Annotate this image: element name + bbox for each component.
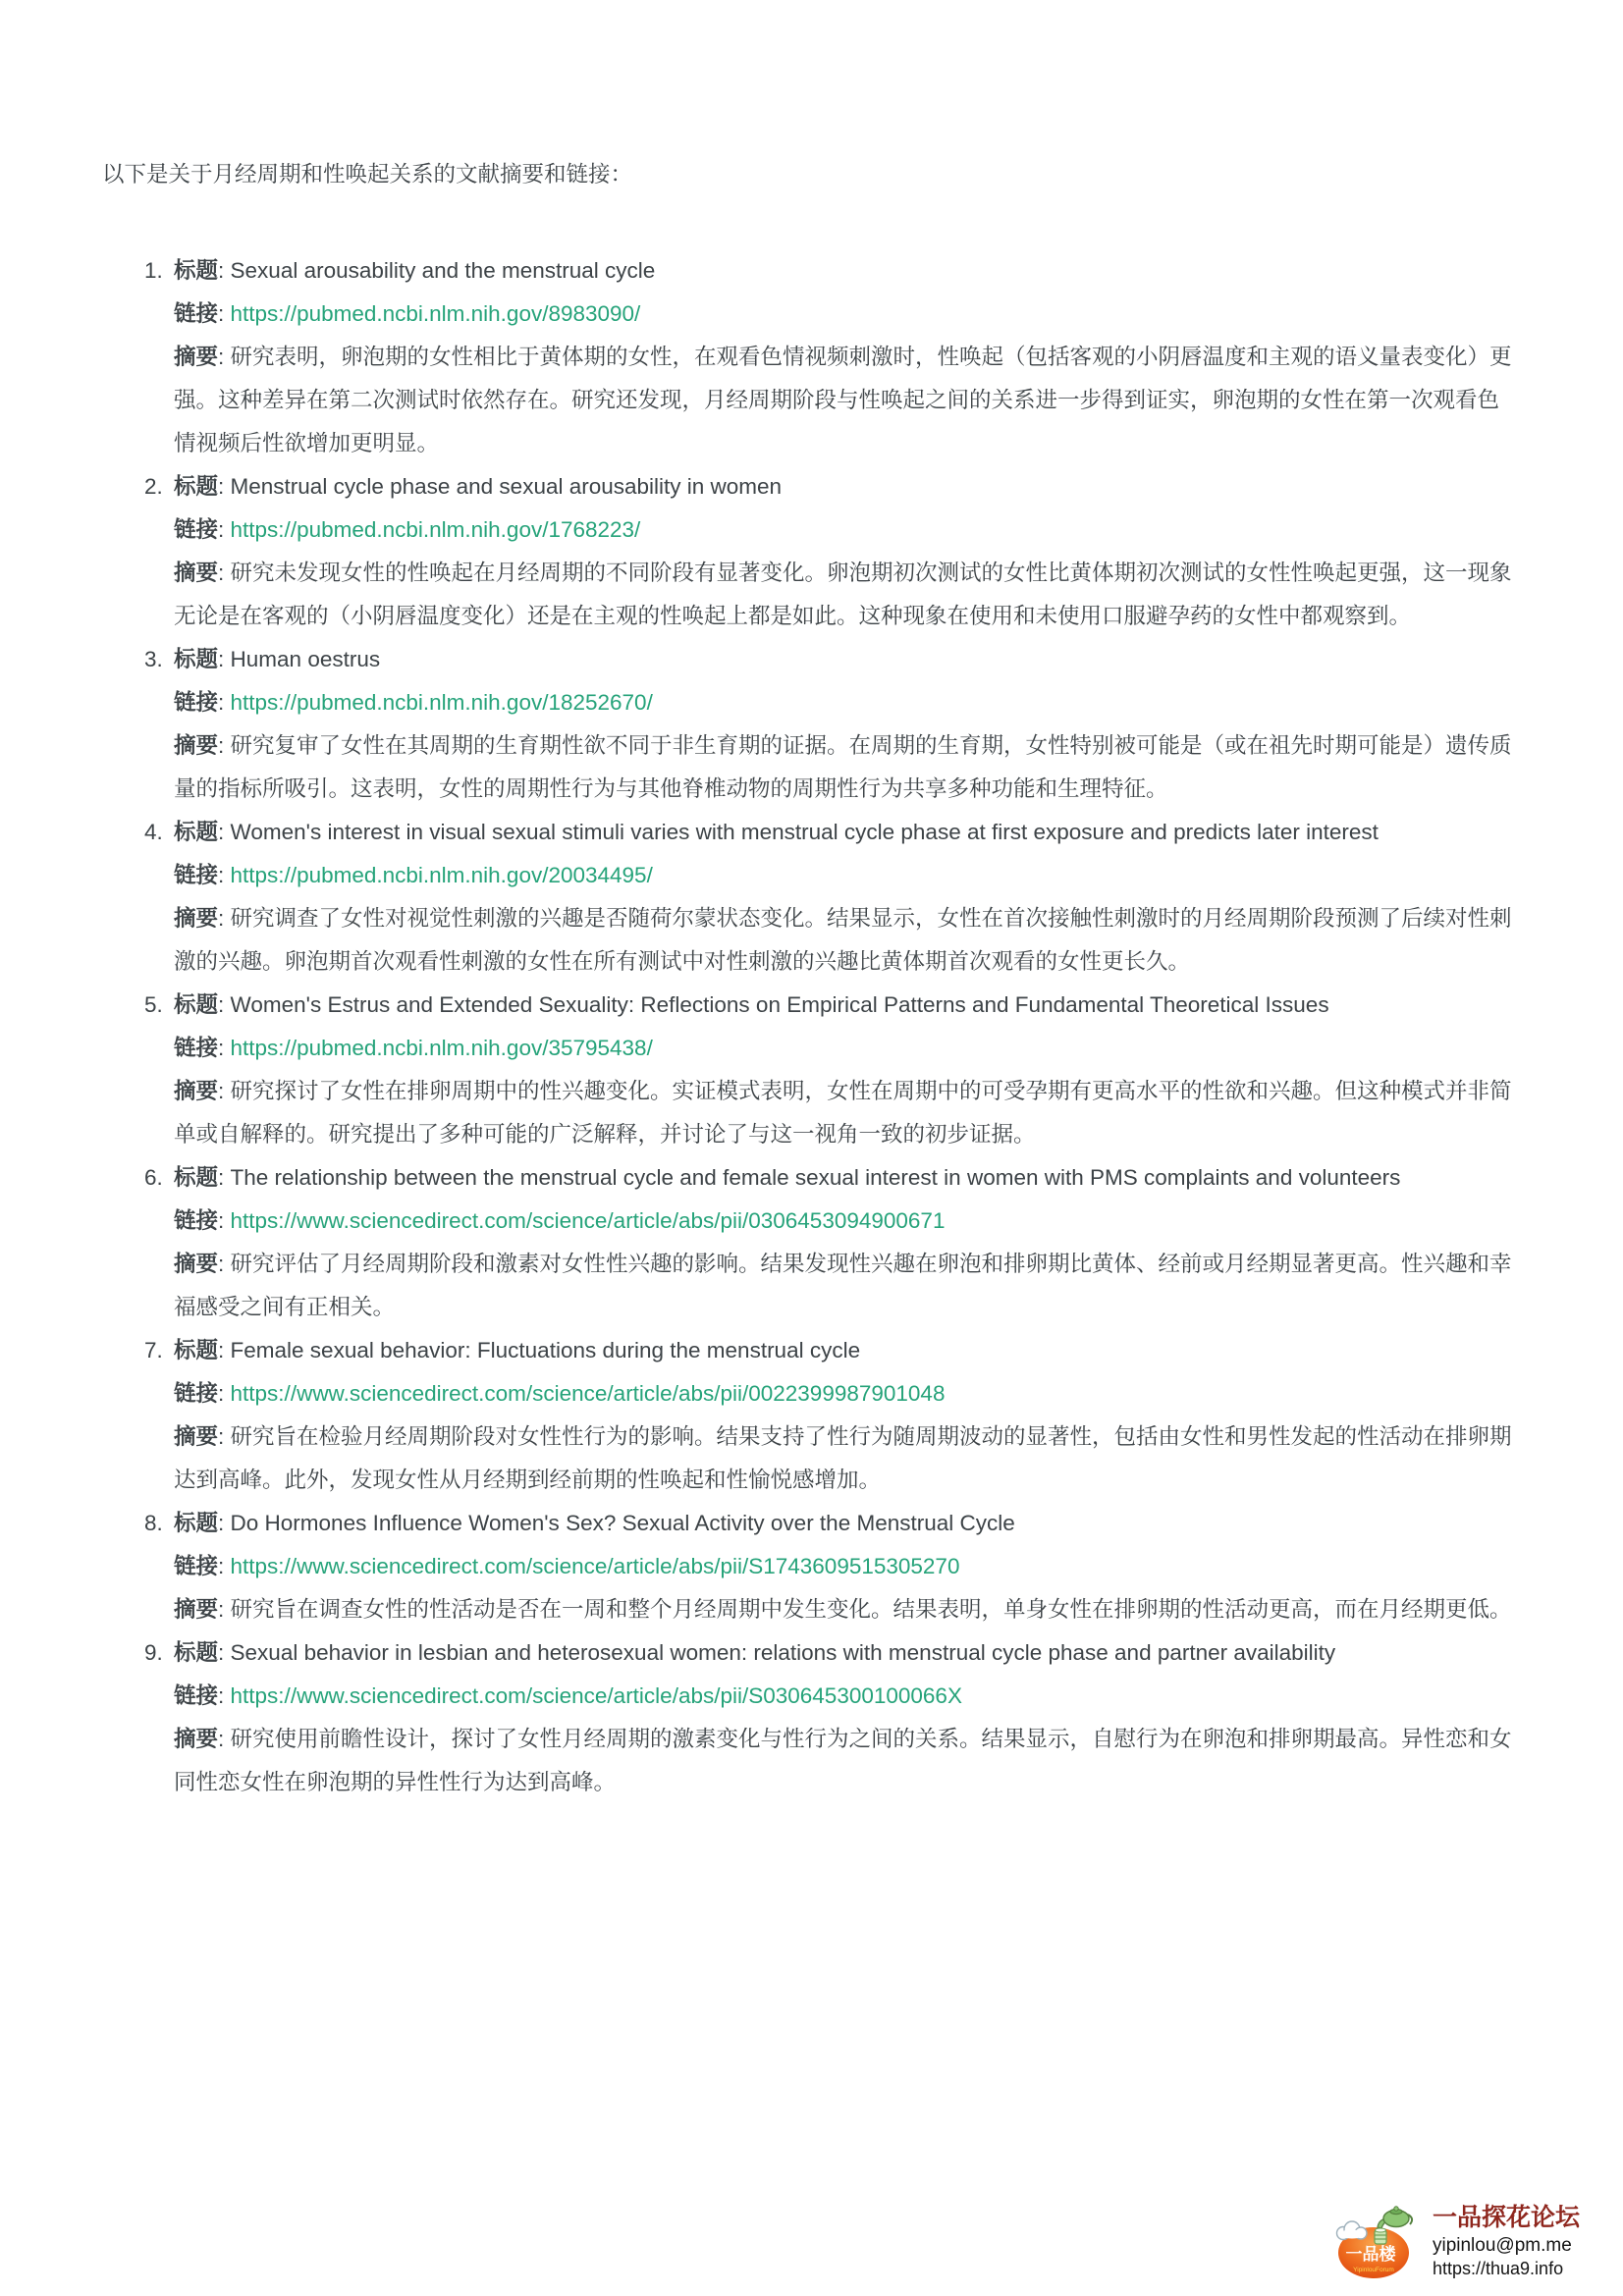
abstract-colon: : — [218, 906, 231, 931]
title-colon: : — [218, 1640, 231, 1665]
reference-abstract: 研究未发现女性的性唤起在月经周期的不同阶段有显著变化。卵泡期初次测试的女性比黄体… — [174, 561, 1512, 628]
logo-sub-text: YipinlouForum — [1353, 2267, 1394, 2273]
forum-email: yipinlou@pm.me — [1433, 2233, 1572, 2258]
link-colon: : — [218, 1381, 231, 1406]
reference-abstract-row: 摘要: 研究未发现女性的性唤起在月经周期的不同阶段有显著变化。卵泡期初次测试的女… — [174, 552, 1520, 638]
title-label: 标题 — [174, 820, 218, 844]
title-label: 标题 — [174, 1338, 218, 1362]
reference-abstract-row: 摘要: 研究使用前瞻性设计，探讨了女性月经周期的激素变化与性行为之间的关系。结果… — [174, 1718, 1520, 1804]
reference-url-link[interactable]: https://www.sciencedirect.com/science/ar… — [231, 1554, 960, 1578]
reference-item: 标题: Sexual arousability and the menstrua… — [169, 249, 1520, 465]
title-label: 标题 — [174, 647, 218, 671]
reference-abstract: 研究评估了月经周期阶段和激素对女性性兴趣的影响。结果发现性兴趣在卵泡和排卵期比黄… — [174, 1252, 1512, 1319]
reference-abstract: 研究探讨了女性在排卵周期中的性兴趣变化。实证模式表明，女性在周期中的可受孕期有更… — [174, 1079, 1512, 1147]
reference-url-link[interactable]: https://www.sciencedirect.com/science/ar… — [231, 1208, 946, 1233]
link-label: 链接 — [174, 1036, 218, 1060]
reference-link-row: 链接: https://pubmed.ncbi.nlm.nih.gov/2003… — [174, 854, 1520, 897]
abstract-colon: : — [218, 561, 231, 585]
title-label: 标题 — [174, 1640, 218, 1665]
reference-item: 标题: Female sexual behavior: Fluctuations… — [169, 1329, 1520, 1502]
document-page: 以下是关于月经周期和性唤起关系的文献摘要和链接： 标题: Sexual arou… — [0, 0, 1623, 2296]
reference-item: 标题: Do Hormones Influence Women's Sex? S… — [169, 1502, 1520, 1631]
forum-url: https://thua9.info — [1433, 2258, 1563, 2280]
abstract-colon: : — [218, 1424, 231, 1449]
reference-title-row: 标题: Female sexual behavior: Fluctuations… — [174, 1329, 1520, 1372]
abstract-colon: : — [218, 1079, 231, 1103]
reference-title-row: 标题: Sexual behavior in lesbian and heter… — [174, 1631, 1520, 1675]
reference-title-row: 标题: Human oestrus — [174, 638, 1520, 681]
title-label: 标题 — [174, 258, 218, 283]
abstract-label: 摘要 — [174, 561, 218, 585]
reference-abstract-row: 摘要: 研究评估了月经周期阶段和激素对女性性兴趣的影响。结果发现性兴趣在卵泡和排… — [174, 1243, 1520, 1329]
cloud-body — [1339, 2229, 1365, 2238]
title-label: 标题 — [174, 1511, 218, 1535]
link-colon: : — [218, 1683, 231, 1708]
reference-title-row: 标题: Women's interest in visual sexual st… — [174, 811, 1520, 854]
title-colon: : — [218, 1165, 231, 1190]
document-content: 以下是关于月经周期和性唤起关系的文献摘要和链接： 标题: Sexual arou… — [102, 153, 1520, 1804]
link-colon: : — [218, 1208, 231, 1233]
reference-link-row: 链接: https://www.sciencedirect.com/scienc… — [174, 1675, 1520, 1718]
abstract-label: 摘要 — [174, 1079, 218, 1103]
teacup-icon — [1375, 2228, 1386, 2244]
abstract-label: 摘要 — [174, 345, 218, 369]
abstract-colon: : — [218, 345, 231, 369]
reference-url-link[interactable]: https://pubmed.ncbi.nlm.nih.gov/8983090/ — [231, 301, 641, 326]
link-label: 链接 — [174, 1554, 218, 1578]
reference-title: Menstrual cycle phase and sexual arousab… — [231, 474, 783, 499]
abstract-colon: : — [218, 733, 231, 758]
reference-title-row: 标题: Menstrual cycle phase and sexual aro… — [174, 465, 1520, 508]
title-colon: : — [218, 820, 231, 844]
forum-logo-icon: 一品楼 YipinlouForum — [1330, 2204, 1417, 2280]
abstract-label: 摘要 — [174, 906, 218, 931]
reference-abstract-row: 摘要: 研究旨在调查女性的性活动是否在一周和整个月经周期中发生变化。结果表明，单… — [174, 1588, 1520, 1631]
title-colon: : — [218, 474, 231, 499]
reference-title-row: 标题: The relationship between the menstru… — [174, 1156, 1520, 1200]
reference-link-row: 链接: https://pubmed.ncbi.nlm.nih.gov/1768… — [174, 508, 1520, 552]
title-colon: : — [218, 258, 231, 283]
reference-list: 标题: Sexual arousability and the menstrua… — [102, 249, 1520, 1804]
link-label: 链接 — [174, 863, 218, 887]
reference-item: 标题: Human oestrus 链接: https://pubmed.ncb… — [169, 638, 1520, 811]
reference-title: The relationship between the menstrual c… — [231, 1165, 1401, 1190]
title-colon: : — [218, 992, 231, 1017]
link-label: 链接 — [174, 301, 218, 326]
link-label: 链接 — [174, 1381, 218, 1406]
link-colon: : — [218, 1554, 231, 1578]
reference-item: 标题: Women's interest in visual sexual st… — [169, 811, 1520, 984]
link-label: 链接 — [174, 1208, 218, 1233]
reference-link-row: 链接: https://www.sciencedirect.com/scienc… — [174, 1545, 1520, 1588]
reference-title-row: 标题: Women's Estrus and Extended Sexualit… — [174, 984, 1520, 1027]
reference-link-row: 链接: https://pubmed.ncbi.nlm.nih.gov/3579… — [174, 1027, 1520, 1070]
link-label: 链接 — [174, 690, 218, 715]
link-label: 链接 — [174, 517, 218, 542]
reference-item: 标题: Women's Estrus and Extended Sexualit… — [169, 984, 1520, 1156]
reference-url-link[interactable]: https://pubmed.ncbi.nlm.nih.gov/35795438… — [231, 1036, 653, 1060]
forum-name: 一品探花论坛 — [1433, 2203, 1580, 2233]
reference-url-link[interactable]: https://www.sciencedirect.com/science/ar… — [231, 1381, 946, 1406]
abstract-colon: : — [218, 1252, 231, 1276]
reference-link-row: 链接: https://www.sciencedirect.com/scienc… — [174, 1200, 1520, 1243]
forum-contact-block: 一品探花论坛 yipinlou@pm.me https://thua9.info — [1433, 2203, 1580, 2280]
title-colon: : — [218, 647, 231, 671]
reference-item: 标题: Sexual behavior in lesbian and heter… — [169, 1631, 1520, 1804]
reference-item: 标题: Menstrual cycle phase and sexual aro… — [169, 465, 1520, 638]
reference-title: Female sexual behavior: Fluctuations dur… — [231, 1338, 861, 1362]
abstract-label: 摘要 — [174, 1252, 218, 1276]
reference-abstract: 研究使用前瞻性设计，探讨了女性月经周期的激素变化与性行为之间的关系。结果显示，自… — [174, 1727, 1512, 1794]
reference-abstract: 研究旨在检验月经周期阶段对女性性行为的影响。结果支持了性行为随周期波动的显著性，… — [174, 1424, 1512, 1492]
reference-title: Women's interest in visual sexual stimul… — [231, 820, 1379, 844]
logo-main-text: 一品楼 — [1345, 2244, 1396, 2264]
reference-link-row: 链接: https://www.sciencedirect.com/scienc… — [174, 1372, 1520, 1415]
reference-abstract-row: 摘要: 研究调查了女性对视觉性刺激的兴趣是否随荷尔蒙状态变化。结果显示，女性在首… — [174, 897, 1520, 984]
link-colon: : — [218, 517, 231, 542]
reference-abstract-row: 摘要: 研究探讨了女性在排卵周期中的性兴趣变化。实证模式表明，女性在周期中的可受… — [174, 1070, 1520, 1156]
reference-link-row: 链接: https://pubmed.ncbi.nlm.nih.gov/1825… — [174, 681, 1520, 724]
reference-link-row: 链接: https://pubmed.ncbi.nlm.nih.gov/8983… — [174, 293, 1520, 336]
reference-title: Do Hormones Influence Women's Sex? Sexua… — [231, 1511, 1015, 1535]
reference-abstract-row: 摘要: 研究复审了女性在其周期的生育期性欲不同于非生育期的证据。在周期的生育期，… — [174, 724, 1520, 811]
link-colon: : — [218, 301, 231, 326]
abstract-label: 摘要 — [174, 1424, 218, 1449]
reference-abstract: 研究旨在调查女性的性活动是否在一周和整个月经周期中发生变化。结果表明，单身女性在… — [231, 1597, 1512, 1622]
reference-item: 标题: The relationship between the menstru… — [169, 1156, 1520, 1329]
abstract-colon: : — [218, 1597, 231, 1622]
abstract-label: 摘要 — [174, 1727, 218, 1751]
reference-title: Women's Estrus and Extended Sexuality: R… — [231, 992, 1329, 1017]
reference-abstract-row: 摘要: 研究旨在检验月经周期阶段对女性性行为的影响。结果支持了性行为随周期波动的… — [174, 1415, 1520, 1502]
abstract-colon: : — [218, 1727, 231, 1751]
abstract-label: 摘要 — [174, 733, 218, 758]
title-label: 标题 — [174, 474, 218, 499]
reference-url-link[interactable]: https://pubmed.ncbi.nlm.nih.gov/18252670… — [231, 690, 653, 715]
reference-title: Human oestrus — [231, 647, 381, 671]
abstract-label: 摘要 — [174, 1597, 218, 1622]
title-label: 标题 — [174, 1165, 218, 1190]
reference-abstract: 研究复审了女性在其周期的生育期性欲不同于非生育期的证据。在周期的生育期，女性特别… — [174, 733, 1512, 801]
link-colon: : — [218, 1036, 231, 1060]
link-label: 链接 — [174, 1683, 218, 1708]
reference-title: Sexual arousability and the menstrual cy… — [231, 258, 656, 283]
title-colon: : — [218, 1511, 231, 1535]
reference-title: Sexual behavior in lesbian and heterosex… — [231, 1640, 1336, 1665]
forum-watermark: 一品楼 YipinlouForum 一品探花论坛 yipinlou@pm.me … — [1330, 2203, 1580, 2280]
reference-url-link[interactable]: https://pubmed.ncbi.nlm.nih.gov/1768223/ — [231, 517, 641, 542]
reference-abstract: 研究表明，卵泡期的女性相比于黄体期的女性，在观看色情视频刺激时，性唤起（包括客观… — [174, 345, 1512, 455]
intro-text: 以下是关于月经周期和性唤起关系的文献摘要和链接： — [102, 153, 1520, 196]
reference-title-row: 标题: Sexual arousability and the menstrua… — [174, 249, 1520, 293]
reference-url-link[interactable]: https://www.sciencedirect.com/science/ar… — [231, 1683, 962, 1708]
reference-abstract: 研究调查了女性对视觉性刺激的兴趣是否随荷尔蒙状态变化。结果显示，女性在首次接触性… — [174, 906, 1512, 974]
reference-url-link[interactable]: https://pubmed.ncbi.nlm.nih.gov/20034495… — [231, 863, 653, 887]
title-colon: : — [218, 1338, 231, 1362]
link-colon: : — [218, 690, 231, 715]
reference-abstract-row: 摘要: 研究表明，卵泡期的女性相比于黄体期的女性，在观看色情视频刺激时，性唤起（… — [174, 336, 1520, 465]
reference-title-row: 标题: Do Hormones Influence Women's Sex? S… — [174, 1502, 1520, 1545]
title-label: 标题 — [174, 992, 218, 1017]
link-colon: : — [218, 863, 231, 887]
